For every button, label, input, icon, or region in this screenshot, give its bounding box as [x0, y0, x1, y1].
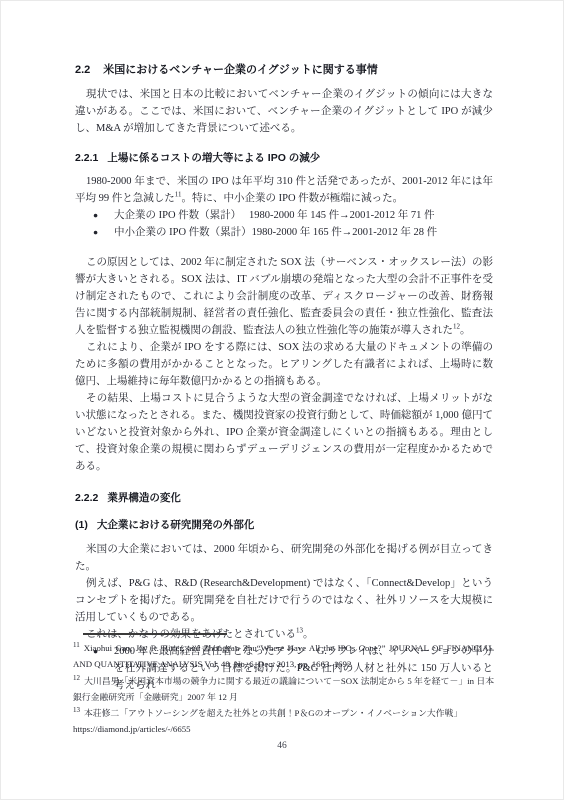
- section-heading-2-2-2: 2.2.2業界構造の変化: [75, 490, 493, 505]
- subsection-number: (1): [75, 519, 88, 531]
- subsection-heading-1: (1)大企業における研究開発の外部化: [75, 517, 493, 532]
- footnote-13: 13本荘修二「アウトソーシングを超えた社外との共創！P＆Gのオープン・イノベーシ…: [73, 705, 494, 721]
- paragraph-us-companies: 米国の大企業においては、2000 年頃から、研究開発の外部化を掲げる例が目立って…: [75, 541, 493, 575]
- footnote-ref-11: 11: [175, 191, 182, 199]
- footnote-text: Xiaohui Gao, Jay R. Ritter, and Zhongyan…: [73, 643, 494, 669]
- paragraph-ipo-decline: 1980-2000 年まで、米国の IPO は年平均 310 件と活発であったが…: [75, 173, 493, 207]
- page-content: 2.2米国におけるベンチャー企業のイグジットに関する事情 現状では、米国と日本の…: [75, 61, 493, 694]
- section-number: 2.2.2: [75, 492, 98, 504]
- footnote-marker: 12: [73, 674, 80, 682]
- footnote-separator: [83, 633, 227, 635]
- footnote-11: 11Xiaohui Gao, Jay R. Ritter, and Zhongy…: [73, 640, 494, 673]
- footnote-ref-12: 12: [453, 323, 460, 331]
- paragraph-result: その結果、上場コストに見合うような大型の資金調達でなければ、上場メリットがない状…: [75, 390, 493, 475]
- section-number: 2.2: [75, 64, 90, 76]
- footnote-text: 本荘修二「アウトソーシングを超えた社外との共創！P＆Gのオープン・イノベーション…: [84, 708, 462, 718]
- footnote-marker: 11: [73, 641, 80, 649]
- footnote-area: 11Xiaohui Gao, Jay R. Ritter, and Zhongy…: [73, 633, 494, 738]
- section-title: 業界構造の変化: [107, 492, 181, 504]
- paragraph-text: この原因としては、2002 年に制定された SOX 法（サーベンス・オックスレー…: [75, 257, 493, 336]
- section-heading-2-2: 2.2米国におけるベンチャー企業のイグジットに関する事情: [75, 61, 493, 77]
- section-title: 米国におけるベンチャー企業のイグジットに関する事情: [103, 64, 377, 76]
- paragraph-text: 。特に、中小企業の IPO 件数が極端に減った。: [182, 193, 404, 204]
- page-number: 46: [0, 741, 564, 751]
- subsection-title: 大企業における研究開発の外部化: [97, 519, 255, 531]
- document-page: 2.2米国におけるベンチャー企業のイグジットに関する事情 現状では、米国と日本の…: [0, 0, 564, 800]
- footnote-12: 12大川昌男「米国資本市場の競争力に関する最近の議論について－SOX 法制定から…: [73, 673, 494, 706]
- paragraph-ipo-cost: これにより、企業が IPO をする際には、SOX 法の求める大量のドキュメントの…: [75, 339, 493, 390]
- list-item-small-companies: 中小企業の IPO 件数（累計）1980-2000 年 165 件→2001-2…: [114, 224, 493, 241]
- footnote-marker: 13: [73, 706, 80, 714]
- ipo-count-list: 大企業の IPO 件数（累計） 1980-2000 年 145 件→2001-2…: [75, 207, 493, 241]
- list-item-large-companies: 大企業の IPO 件数（累計） 1980-2000 年 145 件→2001-2…: [114, 207, 493, 224]
- paragraph-intro: 現状では、米国と日本の比較においてベンチャー企業のイグジットの傾向には大きな違い…: [75, 86, 493, 137]
- footnote-text: 大川昌男「米国資本市場の競争力に関する最近の議論について－SOX 法制定から 5…: [73, 676, 494, 702]
- section-title: 上場に係るコストの増大等による IPO の減少: [107, 152, 320, 164]
- paragraph-pg-connect-develop: 例えば、P&G は、R&D (Research&Development) ではな…: [75, 575, 493, 626]
- section-heading-2-2-1: 2.2.1上場に係るコストの増大等による IPO の減少: [75, 150, 493, 165]
- section-number: 2.2.1: [75, 152, 98, 164]
- paragraph-sox-law: この原因としては、2002 年に制定された SOX 法（サーベンス・オックスレー…: [75, 254, 493, 339]
- footnote-13-url: https://diamond.jp/articles/-/6655: [73, 721, 494, 737]
- paragraph-text: 。: [460, 325, 471, 336]
